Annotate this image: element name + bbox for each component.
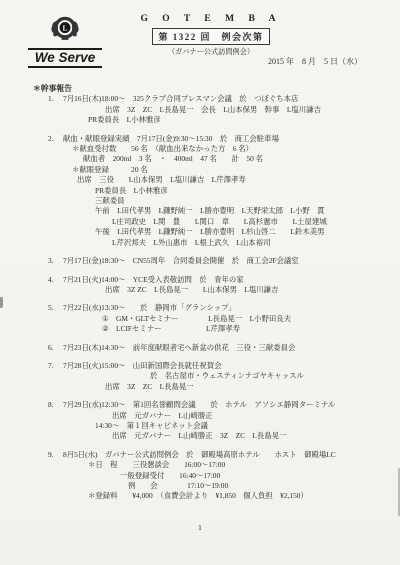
- meeting-date: 2015 年 8 月 5 日（水）: [268, 56, 362, 67]
- line-text: 於 名古屋市・ウェスティンナゴヤキャッスル: [150, 371, 304, 380]
- report-line: 6.7月23日(木)14:30～ 前年度献眼者宅へ新盆の供花 三役・三献委員会: [48, 343, 400, 353]
- item-number: 3.: [48, 256, 63, 266]
- line-text: 出席 三役 L山本保男 L塩川謙吉 L芹澤孝寿: [77, 175, 246, 184]
- logo-divider-bottom: [28, 66, 102, 68]
- report-line: 献血者 200ml 3 名 ・ 400ml 47 名 計 50 名: [48, 154, 400, 164]
- line-text: ② LCIFセミナー L芹澤孝寿: [102, 324, 240, 333]
- report-line: 4.7月21日(火)14:00～ YCE受入表敬訪問 於 青年の家: [48, 275, 400, 285]
- report-line: PR委員長 L小林雅彦: [48, 186, 400, 196]
- scan-artifact: [0, 297, 3, 308]
- report-heading: ＊幹事報告: [33, 84, 400, 94]
- line-text: 7月21日(火)14:00～ YCE受入表敬訪問 於 青年の家: [63, 275, 244, 284]
- report-line: 8.7月29日(水)12:30～ 第1回名誉顧問会議 於 ホテル アソシエ静岡タ…: [48, 400, 400, 410]
- line-text: ＊登録料 ¥4,000 （食費会計より ¥1,850 個人負担 ¥2,150）: [88, 491, 308, 500]
- meeting-subtitle: （ガバナー公式訪問例会）: [136, 47, 286, 57]
- report-line: 例 会 17:10～19:00: [48, 481, 400, 491]
- report-line: 出席 元ガバナー L山崎勝正: [48, 411, 400, 421]
- report-line: 14:30～ 第１回キャビネット会議: [48, 421, 400, 431]
- line-text: 一般登録受付 16:40～17:00: [120, 471, 220, 480]
- logo-motto: We Serve: [26, 51, 104, 65]
- line-text: 午後 L田代孝男 L鎌野純一 L勝亦豊明 L杉山啓二 L鈴木美男: [95, 227, 325, 236]
- line-text: 7月28日(火)15:00～ 山田新国際会長就任祝賀会: [63, 361, 222, 370]
- report-line: 7.7月28日(火)15:00～ 山田新国際会長就任祝賀会: [48, 361, 400, 371]
- report-item: 5.7月22日(水)13:30～ 於 静岡市「グランシップ」① GM・GLTセミ…: [48, 303, 400, 334]
- item-number: 7.: [48, 361, 63, 371]
- line-text: 出席 元ガバナー L山崎勝正 3Z ZC L長島晃一: [112, 431, 287, 440]
- report-line: 1.7月16日(木)18:00～ 325クラブ合同プレスマン会議 於 つぼぐち本…: [48, 94, 400, 104]
- emblem-letter: L: [62, 23, 67, 32]
- club-name: G O T E M B A: [136, 14, 286, 24]
- page-number: 1: [0, 523, 400, 532]
- line-text: 例 会 17:10～19:00: [128, 481, 228, 490]
- report-line: 出席 三役 L山本保男 L塩川謙吉 L芹澤孝寿: [48, 175, 400, 185]
- line-text: 出席 3Z ZC L長島晃一 会長 L山本保男 幹事 L塩川謙吉: [105, 105, 321, 114]
- report-line: 5.7月22日(水)13:30～ 於 静岡市「グランシップ」: [48, 303, 400, 313]
- line-text: 7月23日(木)14:30～ 前年度献眼者宅へ新盆の供花 三役・三献委員会: [63, 343, 295, 352]
- report-line: PR委員長 L小林雅彦: [48, 115, 400, 125]
- line-text: 午前 L田代孝男 L鎌野純一 L勝亦豊明 L天野栄太郎 L小野 貫: [95, 206, 325, 215]
- report-line: 三献委員: [48, 196, 400, 206]
- document-body: ＊幹事報告 1.7月16日(木)18:00～ 325クラブ合同プレスマン会議 於…: [0, 84, 400, 502]
- report-line: ＊献血受付数 56 名 （献血出来なかった方 6 名）: [48, 144, 400, 154]
- report-item: 7.7月28日(火)15:00～ 山田新国際会長就任祝賀会於 名古屋市・ウェステ…: [48, 361, 400, 392]
- report-line: 午前 L田代孝男 L鎌野純一 L勝亦豊明 L天野栄太郎 L小野 貫: [48, 206, 400, 216]
- report-line: 出席 3Z ZC L長島晃一 L山本保男 L塩川謙吉: [48, 285, 400, 295]
- report-item: 3.7月17日(金)18:30～ CN55周年 合同委員会開催 於 商工会2F会…: [48, 256, 400, 266]
- item-number: 8.: [48, 400, 63, 410]
- lions-club-logo: L We Serve: [26, 11, 104, 69]
- line-text: L芹沢邦夫 L外山惠市 L根上武久 L山本裕司: [112, 238, 270, 247]
- item-number: 1.: [48, 94, 63, 104]
- report-item: 6.7月23日(木)14:30～ 前年度献眼者宅へ新盆の供花 三役・三献委員会: [48, 343, 400, 353]
- line-text: 7月17日(金)18:30～ CN55周年 合同委員会開催 於 商工会2F会議室: [63, 256, 299, 265]
- report-item: 4.7月21日(火)14:00～ YCE受入表敬訪問 於 青年の家出席 3Z Z…: [48, 275, 400, 296]
- line-text: 7月16日(木)18:00～ 325クラブ合同プレスマン会議 於 つぼぐち本店: [63, 94, 298, 103]
- report-line: ① GM・GLTセミナー L長島晃一 L小野田良夫: [48, 314, 400, 324]
- lions-emblem-icon: L: [50, 11, 80, 47]
- item-number: 4.: [48, 275, 63, 285]
- line-text: 三献委員: [95, 196, 125, 205]
- item-number: 9.: [48, 450, 63, 460]
- report-item: 1.7月16日(木)18:00～ 325クラブ合同プレスマン会議 於 つぼぐち本…: [48, 94, 400, 125]
- line-text: 献血・献眼登録実績 7月17日(金)9:30～15:30 於 商工会駐車場: [63, 134, 279, 143]
- document-header: G O T E M B A 第 1322 回 例会次第 （ガバナー公式訪問例会）: [136, 14, 286, 57]
- report-line: 3.7月17日(金)18:30～ CN55周年 合同委員会開催 於 商工会2F会…: [48, 256, 400, 266]
- report-line: 9.8月5日(水) ガバナー公式訪問例会 於 御殿場高原ホテル ホスト 御殿場L…: [48, 450, 400, 460]
- report-line: ＊登録料 ¥4,000 （食費会計より ¥1,850 個人負担 ¥2,150）: [48, 491, 400, 501]
- item-number: 5.: [48, 303, 63, 313]
- report-line: ② LCIFセミナー L芹澤孝寿: [48, 324, 400, 334]
- report-line: 午後 L田代孝男 L鎌野純一 L勝亦豊明 L杉山啓二 L鈴木美男: [48, 227, 400, 237]
- line-text: 7月22日(水)13:30～ 於 静岡市「グランシップ」: [63, 303, 236, 312]
- report-item: 8.7月29日(水)12:30～ 第1回名誉顧問会議 於 ホテル アソシエ静岡タ…: [48, 400, 400, 442]
- line-text: ＊献眼登録 20 名: [72, 165, 148, 174]
- report-line: 出席 3Z ZC L長島晃一 会長 L山本保男 幹事 L塩川謙吉: [48, 105, 400, 115]
- meeting-title: 第 1322 回 例会次第: [152, 28, 269, 45]
- report-item: 9.8月5日(水) ガバナー公式訪問例会 於 御殿場高原ホテル ホスト 御殿場L…: [48, 450, 400, 502]
- report-line: 2.献血・献眼登録実績 7月17日(金)9:30～15:30 於 商工会駐車場: [48, 134, 400, 144]
- line-text: PR委員長 L小林雅彦: [88, 115, 161, 124]
- line-text: ＊日 程 三役懇談会 16:00～17:00: [88, 460, 225, 469]
- report-list: 1.7月16日(木)18:00～ 325クラブ合同プレスマン会議 於 つぼぐち本…: [48, 94, 400, 501]
- line-text: 7月29日(水)12:30～ 第1回名誉顧問会議 於 ホテル アソシエ静岡ターミ…: [63, 400, 335, 409]
- report-line: ＊献眼登録 20 名: [48, 165, 400, 175]
- item-number: 2.: [48, 134, 63, 144]
- item-number: 6.: [48, 343, 63, 353]
- report-line: ＊日 程 三役懇談会 16:00～17:00: [48, 460, 400, 470]
- report-line: L庄司政史 L関 豊 L関口 章 L高杉憲市 L土屋建城: [48, 217, 400, 227]
- line-text: 8月5日(水) ガバナー公式訪問例会 於 御殿場高原ホテル ホスト 御殿場LC: [63, 450, 336, 459]
- report-line: 於 名古屋市・ウェスティンナゴヤキャッスル: [48, 371, 400, 381]
- line-text: ① GM・GLTセミナー L長島晃一 L小野田良夫: [102, 314, 291, 323]
- line-text: ＊献血受付数 56 名 （献血出来なかった方 6 名）: [72, 144, 253, 153]
- line-text: 献血者 200ml 3 名 ・ 400ml 47 名 計 50 名: [83, 154, 263, 163]
- emblem-banner: [62, 38, 69, 40]
- line-text: L庄司政史 L関 豊 L関口 章 L高杉憲市 L土屋建城: [112, 217, 327, 226]
- line-text: 出席 元ガバナー L山崎勝正: [112, 411, 213, 420]
- line-text: 出席 3Z ZC L長島晃一: [105, 382, 194, 391]
- report-item: 2.献血・献眼登録実績 7月17日(金)9:30～15:30 於 商工会駐車場＊…: [48, 134, 400, 248]
- report-line: 出席 元ガバナー L山崎勝正 3Z ZC L長島晃一: [48, 431, 400, 441]
- report-line: L芹沢邦夫 L外山惠市 L根上武久 L山本裕司: [48, 238, 400, 248]
- line-text: PR委員長 L小林雅彦: [95, 186, 168, 195]
- document-page: L We Serve G O T E M B A 第 1322 回 例会次第 （…: [0, 0, 400, 565]
- report-line: 出席 3Z ZC L長島晃一: [48, 382, 400, 392]
- report-line: 一般登録受付 16:40～17:00: [48, 471, 400, 481]
- line-text: 出席 3Z ZC L長島晃一 L山本保男 L塩川謙吉: [105, 285, 278, 294]
- line-text: 14:30～ 第１回キャビネット会議: [95, 421, 208, 430]
